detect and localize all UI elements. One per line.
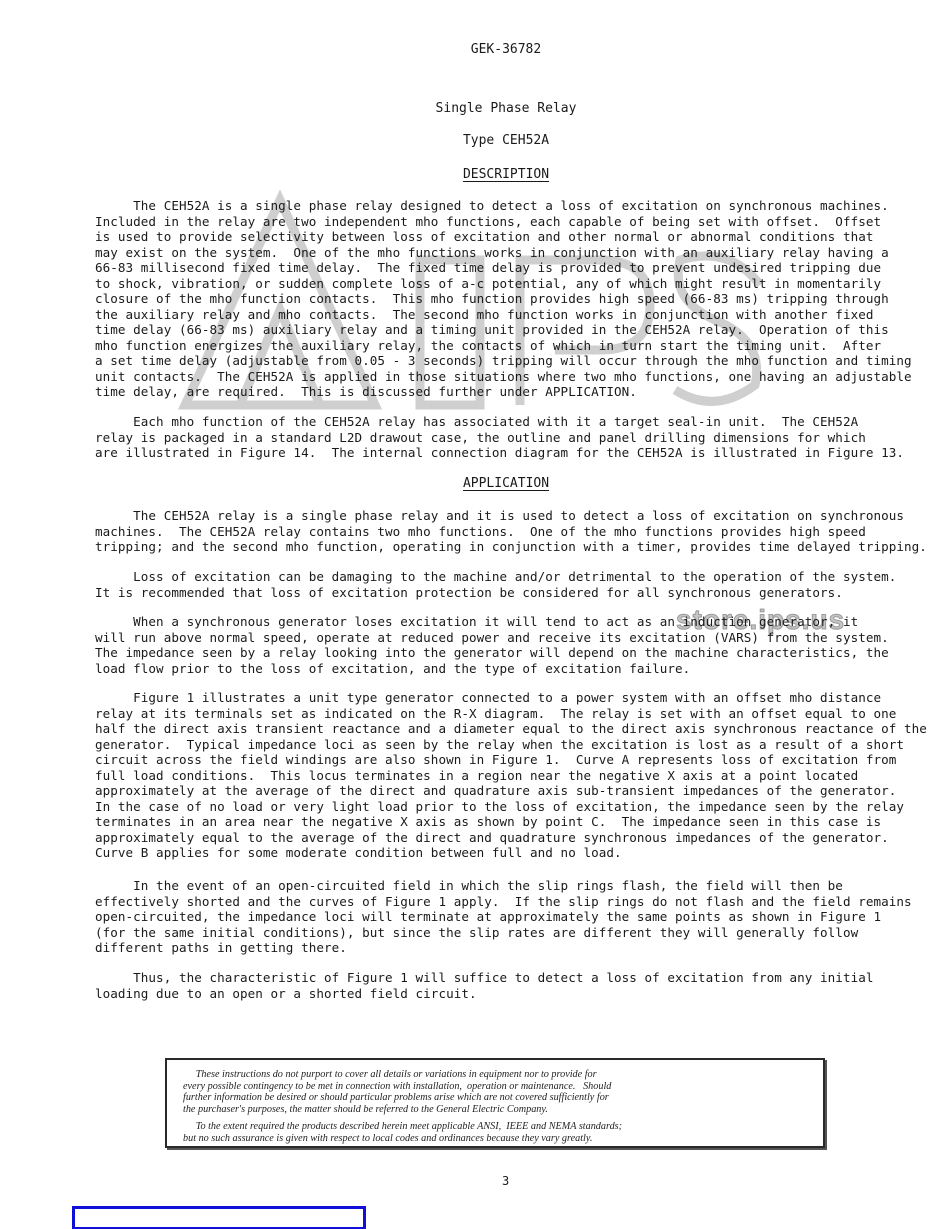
- text-line: time delay, are required. This is discus…: [95, 384, 912, 400]
- text-line: terminates in an area near the negative …: [95, 814, 927, 830]
- text-line: unit contacts. The CEH52A is applied in …: [95, 369, 912, 385]
- text-line: mho function energizes the auxiliary rel…: [95, 338, 912, 354]
- text-line: Each mho function of the CEH52A relay ha…: [95, 414, 904, 430]
- application-paragraph-3: When a synchronous generator loses excit…: [95, 614, 889, 676]
- text-line: load flow prior to the loss of excitatio…: [95, 661, 889, 677]
- text-line: to shock, vibration, or sudden complete …: [95, 276, 912, 292]
- text-line: every possible contingency to be met in …: [167, 1081, 823, 1093]
- text-line: different paths in getting there.: [95, 940, 912, 956]
- text-line: machines. The CEH52A relay contains two …: [95, 524, 927, 540]
- text-line: Thus, the characteristic of Figure 1 wil…: [95, 970, 873, 986]
- blue-outline-box: [72, 1206, 366, 1229]
- text-line: Loss of excitation can be damaging to th…: [95, 569, 896, 585]
- text-line: a set time delay (adjustable from 0.05 -…: [95, 353, 912, 369]
- text-line: the purchaser's purposes, the matter sho…: [167, 1104, 823, 1116]
- text-line: The CEH52A relay is a single phase relay…: [95, 508, 927, 524]
- text-line: 66-83 millisecond fixed time delay. The …: [95, 260, 912, 276]
- text-line: loading due to an open or a shorted fiel…: [95, 986, 873, 1002]
- text-line: Figure 1 illustrates a unit type generat…: [95, 690, 927, 706]
- text-line: These instructions do not purport to cov…: [167, 1069, 823, 1081]
- text-line: approximately equal to the average of th…: [95, 830, 927, 846]
- text-line: closure of the mho function contacts. Th…: [95, 291, 912, 307]
- text-line: relay is packaged in a standard L2D draw…: [95, 430, 904, 446]
- text-line: circuit across the field windings are al…: [95, 752, 927, 768]
- text-line: Included in the relay are two independen…: [95, 214, 912, 230]
- text-line: may exist on the system. One of the mho …: [95, 245, 912, 261]
- text-line: The CEH52A is a single phase relay desig…: [95, 198, 912, 214]
- description-paragraph-2: Each mho function of the CEH52A relay ha…: [95, 414, 904, 461]
- application-paragraph-2: Loss of excitation can be damaging to th…: [95, 569, 896, 600]
- application-paragraph-4: Figure 1 illustrates a unit type generat…: [95, 690, 927, 861]
- text-line: (for the same initial conditions), but s…: [95, 925, 912, 941]
- text-line: In the case of no load or very light loa…: [95, 799, 927, 815]
- document-subtitle: Type CEH52A: [0, 133, 950, 148]
- section-heading-description: DESCRIPTION: [0, 167, 950, 182]
- text-line: approximately at the average of the dire…: [95, 783, 927, 799]
- text-line: further information be desired or should…: [167, 1092, 823, 1104]
- disclaimer-notice-box: These instructions do not purport to cov…: [165, 1058, 825, 1148]
- text-line: are illustrated in Figure 14. The intern…: [95, 445, 904, 461]
- text-line: tripping; and the second mho function, o…: [95, 539, 927, 555]
- text-line: but no such assurance is given with resp…: [167, 1133, 823, 1145]
- notice-paragraph-1: These instructions do not purport to cov…: [167, 1060, 823, 1116]
- text-line: half the direct axis transient reactance…: [95, 721, 927, 737]
- text-line: is used to provide selectivity between l…: [95, 229, 912, 245]
- text-line: relay at its terminals set as indicated …: [95, 706, 927, 722]
- text-line: In the event of an open-circuited field …: [95, 878, 912, 894]
- text-line: open-circuited, the impedance loci will …: [95, 909, 912, 925]
- text-line: It is recommended that loss of excitatio…: [95, 585, 896, 601]
- text-line: the auxiliary relay and mho contacts. Th…: [95, 307, 912, 323]
- text-line: will run above normal speed, operate at …: [95, 630, 889, 646]
- text-line: time delay (66-83 ms) auxiliary relay an…: [95, 322, 912, 338]
- text-line: effectively shorted and the curves of Fi…: [95, 894, 912, 910]
- section-heading-application: APPLICATION: [0, 476, 950, 491]
- text-line: full load conditions. This locus termina…: [95, 768, 927, 784]
- text-line: The impedance seen by a relay looking in…: [95, 645, 889, 661]
- page-number: 3: [502, 1174, 509, 1188]
- text-line: To the extent required the products desc…: [167, 1121, 823, 1133]
- document-title: Single Phase Relay: [0, 101, 950, 116]
- description-paragraph-1: The CEH52A is a single phase relay desig…: [95, 198, 912, 400]
- text-line: Curve B applies for some moderate condit…: [95, 845, 927, 861]
- application-paragraph-1: The CEH52A relay is a single phase relay…: [95, 508, 927, 555]
- text-line: When a synchronous generator loses excit…: [95, 614, 889, 630]
- application-paragraph-6: Thus, the characteristic of Figure 1 wil…: [95, 970, 873, 1001]
- text-line: generator. Typical impedance loci as see…: [95, 737, 927, 753]
- notice-paragraph-2: To the extent required the products desc…: [167, 1121, 823, 1144]
- document-number: GEK-36782: [0, 42, 950, 57]
- application-paragraph-5: In the event of an open-circuited field …: [95, 878, 912, 956]
